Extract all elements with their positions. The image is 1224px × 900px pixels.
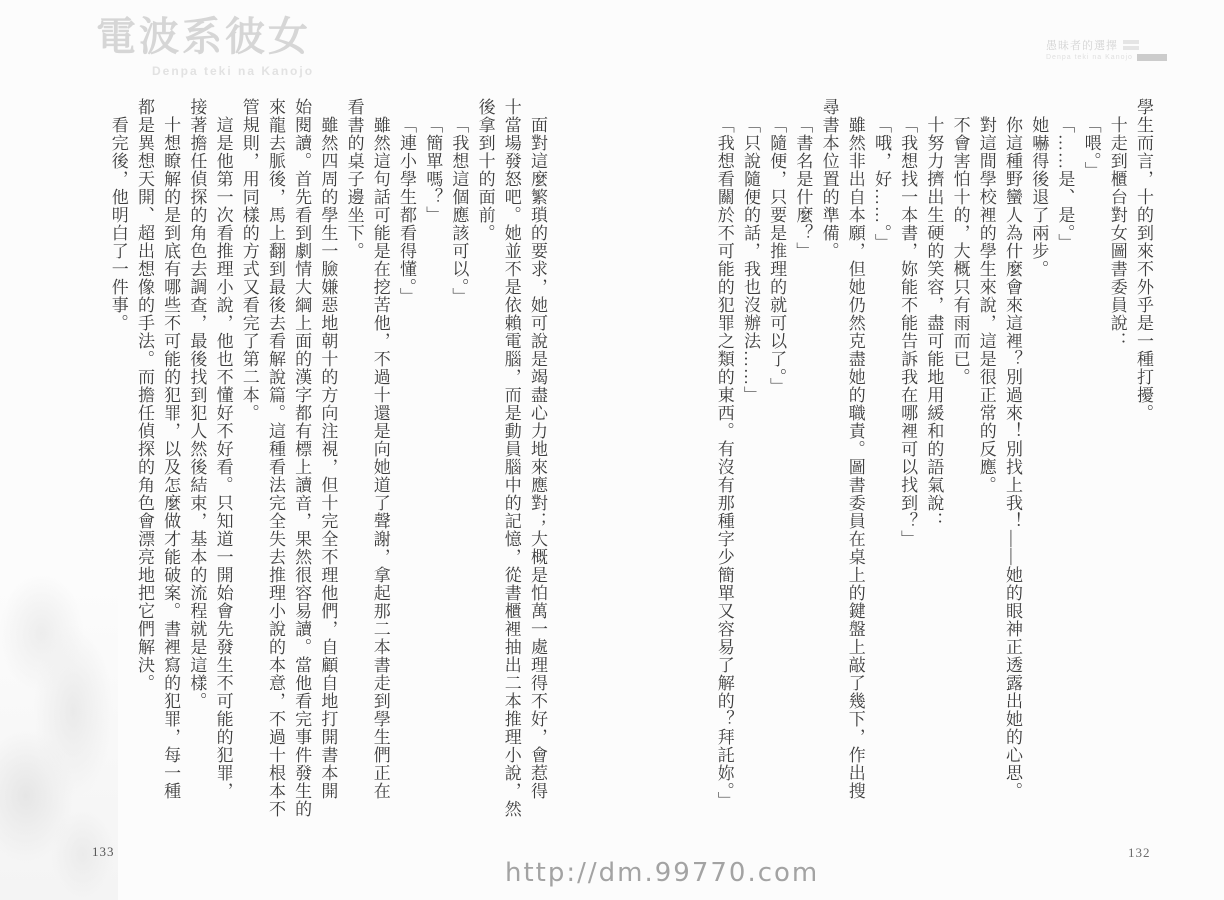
text-column: 「只說隨便的話，我也沒辦法……」 [737, 98, 763, 900]
text-column: 「喂。」 [1077, 98, 1103, 900]
page-content-right: 學生而言，十的到來不外乎是一種打擾。十走到櫃台對女圖書委員說：「喂。」「……是、… [688, 98, 1156, 882]
text-column: 「哦，好……。」 [868, 98, 894, 900]
text-column: 這是他第一次看推理小說，他也不懂好不好看。只知道一開始會先發生不可能的犯罪， [209, 98, 235, 900]
text-column: 看完後，他明白了一件事。 [105, 98, 131, 900]
text-column: 她嚇得後退了兩步。 [1025, 98, 1051, 900]
text-column: 雖然四周的學生一臉嫌惡地朝十的方向注視，但十完全不理他們，自顧自地打開書本開 [314, 98, 340, 900]
running-header-small-marks [1123, 40, 1139, 50]
book-logo: 電波系彼女 Denpa teki na Kanojo [96, 14, 314, 78]
text-column: 後拿到十的面前。 [471, 98, 497, 882]
text-column: 接著擔任偵探的角色去調查，最後找到犯人然後結束，基本的流程就是這樣。 [183, 98, 209, 882]
page-number-left: 133 [92, 844, 115, 860]
text-column: 雖然這句話可能是在挖苦他，不過十還是向她道了聲謝，拿起那二本書走到學生們正在 [367, 98, 393, 900]
text-column: 對這間學校裡的學生來說，這是很正常的反應。 [973, 98, 999, 900]
text-column: 都是異想天開、超出想像的手法。而擔任偵探的角色會漂亮地把它們解決。 [131, 98, 157, 882]
running-header-romaji: Denpa teki na Kanojo [1046, 54, 1133, 61]
text-column: 「連小學生都看得懂。」 [393, 98, 419, 900]
small-text-mark [1123, 46, 1139, 50]
text-column: 「我想這個應該可以。」 [445, 98, 471, 900]
text-column: 「……是、是。」 [1051, 98, 1077, 900]
text-column: 十努力擠出生硬的笑容，盡可能地用緩和的語氣說： [920, 98, 946, 900]
text-column: 管規則，用同樣的方式又看完了第二本。 [236, 98, 262, 882]
text-column: 「簡單嗎？」 [419, 98, 445, 900]
text-column: 「我想看關於不可能的犯罪之類的東西。有沒有那種字少簡單又容易了解的？拜託妳。」 [711, 98, 737, 900]
text-column: 你這種野蠻人為什麼會來這裡？別過來！別找上我！——她的眼神正透露出她的心思。 [999, 98, 1025, 900]
watermark-url: http://dm.99770.com [505, 858, 819, 888]
text-column: 雖然非出自本願，但她仍然克盡她的職責。圖書委員在桌上的鍵盤上敲了幾下，作出搜 [842, 98, 868, 900]
text-column: 十當場發怒吧。她並不是依賴電腦，而是動員腦中的記憶，從書櫃裡抽出二本推理小說，然 [498, 98, 524, 882]
running-header: 愚昧者的選擇 Denpa teki na Kanojo [1046, 40, 1167, 61]
text-column: 學生而言，十的到來不外乎是一種打擾。 [1130, 98, 1156, 882]
small-text-mark [1137, 54, 1167, 61]
text-column: 「我想找一本書，妳能不能告訴我在哪裡可以找到？」 [894, 98, 920, 900]
text-column: 始閱讀。首先看到劇情大綱上面的漢字都有標上讀音，果然很容易讀。當他看完事件發生的 [288, 98, 314, 882]
running-header-chapter-title: 愚昧者的選擇 [1046, 40, 1118, 52]
page-number-right: 132 [1128, 845, 1151, 861]
text-column: 看書的桌子邊坐下。 [340, 98, 366, 882]
text-column: 「書名是什麼？」 [789, 98, 815, 900]
page-content-left: 面對這麼繁瑣的要求，她可說是竭盡心力地來應對；大概是怕萬一處理得不好，會惹得十當… [100, 98, 550, 882]
text-column: 十走到櫃台對女圖書委員說： [1104, 98, 1130, 900]
text-column: 來龍去脈後，馬上翻到最後去看解說篇。這種看法完全失去推理小說的本意，不過十根本不 [262, 98, 288, 882]
text-column: 不會害怕十的，大概只有雨而已。 [946, 98, 972, 900]
text-column: 尋書本位置的準備。 [815, 98, 841, 882]
text-column: 面對這麼繁瑣的要求，她可說是竭盡心力地來應對；大概是怕萬一處理得不好，會惹得 [524, 98, 550, 900]
book-logo-romaji: Denpa teki na Kanojo [152, 64, 314, 78]
text-column: 「隨便，只要是推理的就可以了。」 [763, 98, 789, 900]
text-column: 十想瞭解的是到底有哪些不可能的犯罪，以及怎麼做才能破案。書裡寫的犯罪，每一種 [157, 98, 183, 900]
small-text-mark [1123, 40, 1139, 44]
book-logo-title: 電波系彼女 [96, 14, 314, 60]
